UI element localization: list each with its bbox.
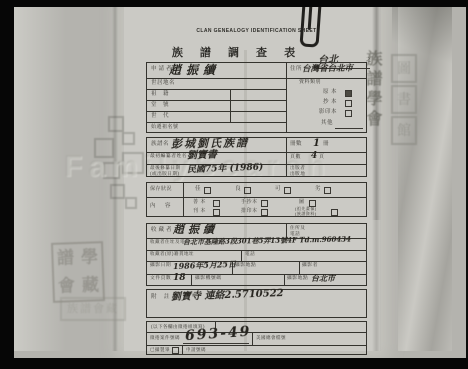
content-chart: 圖 bbox=[299, 200, 305, 205]
applicant-value: 趙振續 bbox=[169, 64, 220, 76]
generations-label: 世 代 bbox=[151, 114, 169, 120]
owner-address-value: 台北市基隆路3段301巷5弄13號4F Td.m.960434 bbox=[183, 236, 351, 246]
checkbox-photocopy bbox=[345, 110, 352, 117]
compiler-value: 劉寶書 bbox=[187, 150, 217, 161]
pages-value: 4 bbox=[311, 152, 317, 161]
option-photocopy: 影印本 bbox=[319, 110, 337, 116]
revision-value: 民國75年 (1986) bbox=[187, 164, 264, 176]
section-owner-filming: 收藏者 趙振續 住所及 電話 收藏者住址及電話 台北市基隆路3段301巷5弄13… bbox=[146, 223, 367, 286]
page-title-chinese-text: 族 譜 調 查 表 bbox=[162, 44, 306, 63]
pages-unit: 頁 bbox=[319, 155, 325, 160]
original-address-label: 收藏者(原)籍貫地址 bbox=[150, 252, 194, 257]
paper-clip bbox=[297, 0, 322, 51]
frame-top bbox=[0, 0, 468, 7]
original-phone-label: 電話 bbox=[245, 252, 255, 257]
pubplace-label: 出版地 bbox=[290, 172, 305, 177]
checkbox-original bbox=[345, 90, 352, 97]
revision-sublabel: (或出版日期) bbox=[150, 172, 180, 177]
film-place-label: 攝影地點 bbox=[287, 277, 308, 282]
checkbox-cond-3 bbox=[284, 187, 291, 194]
checkbox-manuscript bbox=[345, 100, 352, 107]
owner-value: 趙振續 bbox=[173, 224, 218, 235]
checkbox-content-other bbox=[331, 209, 338, 216]
content-print: 刊 本 bbox=[193, 209, 206, 214]
doc-pages-value: 18 bbox=[173, 274, 186, 283]
watermark-square bbox=[122, 132, 135, 145]
page-title-chinese: 族 譜 調 查 表 bbox=[0, 43, 468, 63]
checkbox-rare bbox=[213, 200, 220, 207]
shoot-place-label: 攝影地點 bbox=[235, 264, 256, 269]
remarks-label: 附 註 bbox=[151, 295, 173, 301]
condition-good: 佳 bbox=[195, 187, 201, 193]
genealogy-title-label: 族譜名 bbox=[151, 142, 169, 148]
condition-ok: 可 bbox=[275, 187, 281, 193]
volumes-unit: 冊 bbox=[323, 142, 329, 148]
content-rare: 善 本 bbox=[193, 200, 206, 205]
genealogy-title-value: 彭城劉氏族譜 bbox=[171, 137, 249, 149]
option-other: 其他 bbox=[321, 121, 333, 127]
photographer-label: 攝影者 bbox=[302, 264, 318, 269]
pages-label: 頁數 bbox=[290, 155, 301, 160]
filmed-done-label: 已攝製畢 bbox=[150, 348, 170, 353]
founder-label: 始遷祖名號 bbox=[151, 125, 179, 130]
frame-bottom bbox=[0, 358, 468, 369]
shoot-date-label: 攝影日期 bbox=[150, 264, 171, 269]
camera-label: 攝影機號碼 bbox=[195, 277, 222, 282]
scanned-genealogy-sheet: FamilySearch CLAN GENEALOGY IDENTIFICATI… bbox=[0, 0, 468, 369]
watermark-square bbox=[108, 116, 124, 132]
shoot-date-value: 1986年5月25日 bbox=[173, 260, 236, 270]
checkbox-filmed-done bbox=[172, 347, 179, 354]
checkbox-cond-2 bbox=[244, 187, 251, 194]
content-typeset: 排印本 bbox=[241, 209, 258, 214]
revision-label: 最後修纂日期 bbox=[150, 166, 181, 171]
section-identity: 申請者 趙振續 住所 台灣省台北市 世居地名 祖 籍 堂 號 世 代 始遷祖名號… bbox=[146, 62, 367, 133]
section-remarks: 附 註 劉寶寺 連絡2.5710522 bbox=[146, 289, 367, 318]
remarks-value: 劉寶寺 連絡2.5710522 bbox=[171, 289, 284, 303]
watermark-square bbox=[125, 197, 137, 209]
checkbox-typeset bbox=[261, 209, 268, 216]
us-archive-label: 美國總會檔號 bbox=[256, 336, 286, 341]
other-underline bbox=[335, 128, 363, 129]
hall-label: 堂 號 bbox=[151, 103, 169, 109]
watermark-square bbox=[110, 184, 125, 199]
owner-label: 收藏者 bbox=[151, 228, 174, 234]
compiler-label: 最初編纂者姓名 bbox=[150, 155, 187, 160]
volumes-label: 冊數 bbox=[290, 142, 302, 148]
content-label: 內 容 bbox=[150, 204, 175, 210]
case-number-value: 693-49 bbox=[185, 325, 252, 344]
content-note-2: (族譜資料) bbox=[295, 212, 317, 216]
publisher-label: 出版者 bbox=[290, 166, 305, 171]
checkbox-print bbox=[213, 209, 220, 216]
condition-label: 保存狀況 bbox=[150, 187, 172, 192]
option-manuscript: 抄 本 bbox=[323, 100, 337, 106]
address-value: 台灣省台北市 bbox=[302, 65, 353, 74]
section-genealogy-title: 族譜名 彭城劉氏族譜 冊數 1 冊 最初編纂者姓名 劉寶書 頁數 4 頁 最後修… bbox=[146, 137, 367, 177]
address-label: 住所 bbox=[290, 67, 302, 73]
condition-poor: 劣 bbox=[315, 187, 321, 193]
case-number-label: 微捲案件號碼 bbox=[150, 336, 180, 341]
frame-left bbox=[0, 0, 14, 369]
checkbox-cond-4 bbox=[324, 187, 331, 194]
ancestry-label: 祖 籍 bbox=[151, 92, 169, 98]
checkbox-handcopy bbox=[261, 200, 268, 207]
condition-fair: 良 bbox=[235, 187, 241, 193]
content-handcopy: 手抄本 bbox=[241, 200, 258, 205]
page-title-english: CLAN GENEALOGY IDENTIFICATION SHEET bbox=[146, 28, 367, 34]
owner-right-label-1: 住所及 bbox=[290, 226, 305, 231]
residence-label: 世居地名 bbox=[151, 81, 175, 87]
doc-pages-label: 文件頁數 bbox=[150, 277, 171, 282]
case-number-underline bbox=[183, 343, 249, 344]
option-original: 原 本 bbox=[323, 90, 337, 96]
request-number-label: 申請號碼 bbox=[186, 348, 206, 353]
volumes-value: 1 bbox=[313, 139, 320, 149]
checkbox-cond-1 bbox=[204, 187, 211, 194]
section-condition-content: 保存狀況 佳 良 可 劣 內 容 善 本 手抄本 圖 刊 本 排印本 (祖先畫像… bbox=[146, 182, 367, 217]
film-place-value: 台北市 bbox=[311, 274, 335, 282]
category-header: 資料類別 bbox=[299, 80, 321, 85]
section-microfilm: (以下各欄由微捲組填寫) 微捲案件號碼 693-49 美國總會檔號 已攝製畢 申… bbox=[146, 321, 367, 355]
